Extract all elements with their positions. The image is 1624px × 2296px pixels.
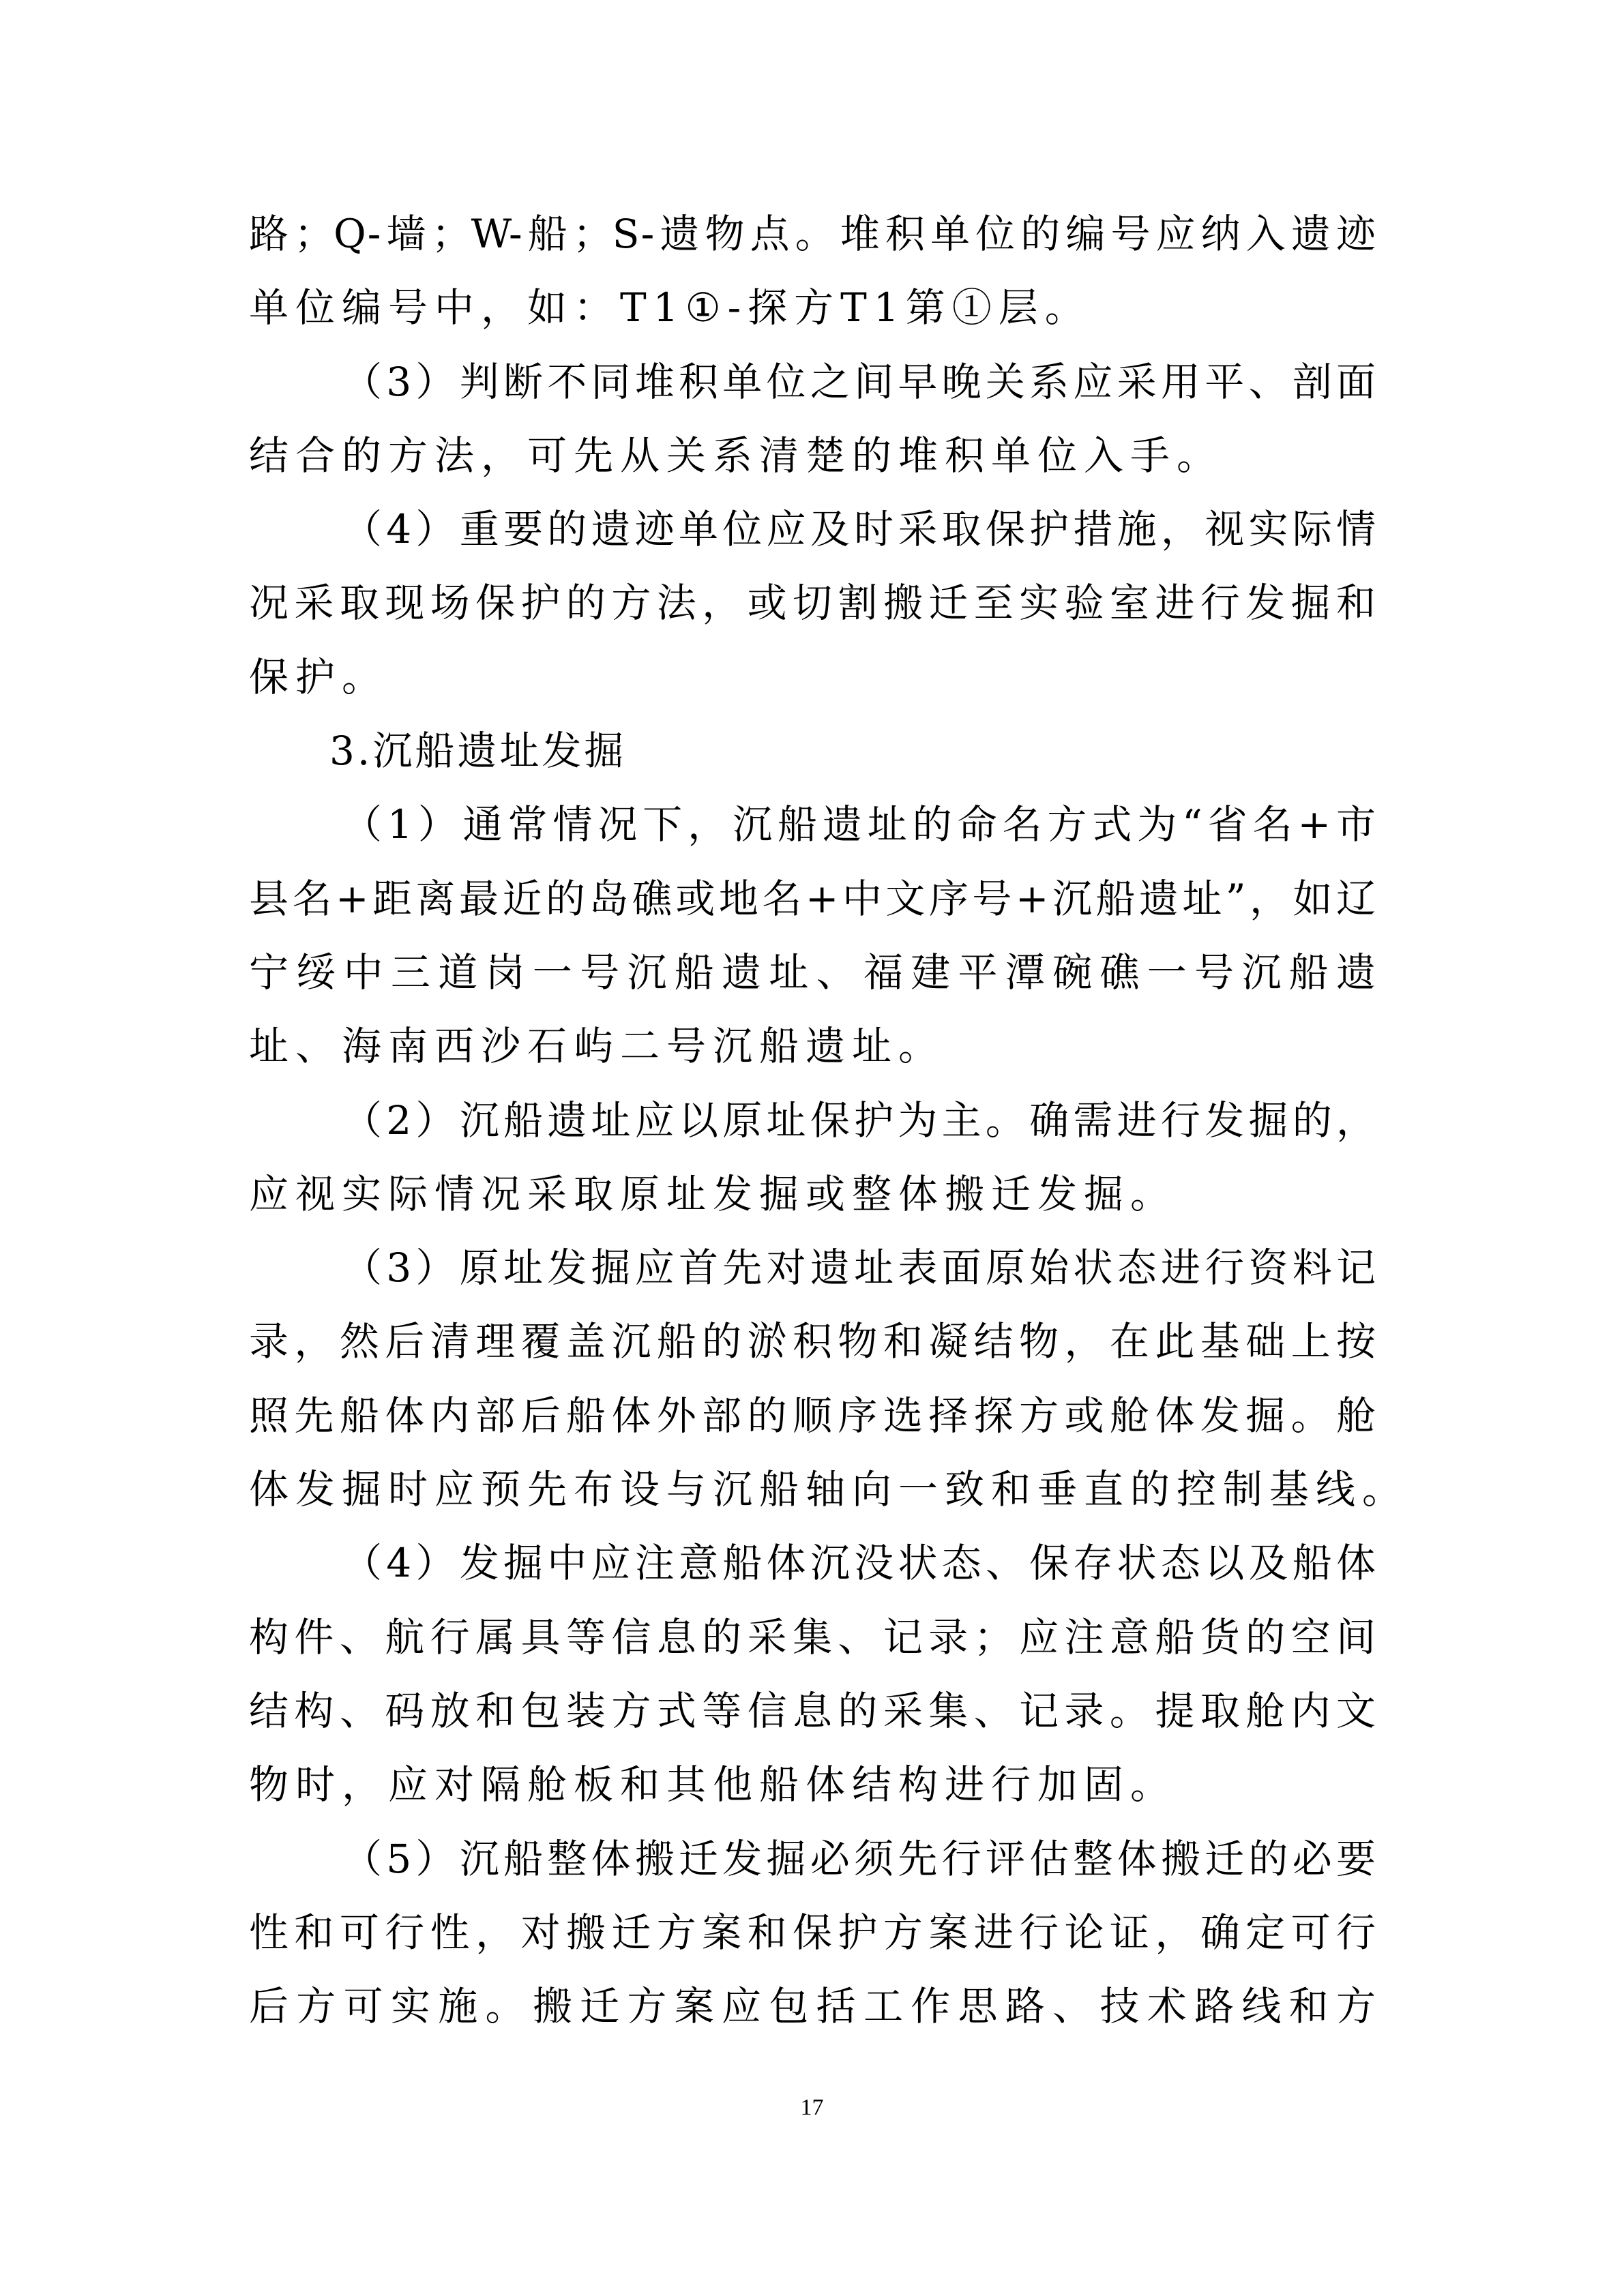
body-text: 路；Q-墙；W-船；S-遗物点。堆积单位的编号应纳入遗迹 单位编号中，如：T1①… (249, 197, 1376, 2043)
text-line: 单位编号中，如：T1①-探方T1第①层。 (249, 271, 1376, 344)
text-line: 宁绥中三道岗一号沉船遗址、福建平潭碗礁一号沉船遗 (249, 936, 1376, 1009)
paragraph-start-line: （3）原址发掘应首先对遗址表面原始状态进行资料记 (249, 1231, 1376, 1304)
text-line: 录，然后清理覆盖沉船的淤积物和凝结物，在此基础上按 (249, 1304, 1376, 1378)
document-page: 路；Q-墙；W-船；S-遗物点。堆积单位的编号应纳入遗迹 单位编号中，如：T1①… (0, 0, 1624, 2296)
paragraph-start-line: （4）重要的遗迹单位应及时采取保护措施，视实际情 (249, 492, 1376, 566)
page-number: 17 (0, 2095, 1624, 2121)
text-line: 物时，应对隔舱板和其他船体结构进行加固。 (249, 1748, 1376, 1821)
text-line: 照先船体内部后船体外部的顺序选择探方或舱体发掘。舱 (249, 1379, 1376, 1452)
text-line: 结合的方法，可先从关系清楚的堆积单位入手。 (249, 419, 1376, 492)
text-line: 体发掘时应预先布设与沉船轴向一致和垂直的控制基线。 (249, 1452, 1376, 1526)
text-line: 应视实际情况采取原址发掘或整体搬迁发掘。 (249, 1157, 1376, 1231)
text-line: 结构、码放和包装方式等信息的采集、记录。提取舱内文 (249, 1674, 1376, 1748)
text-line: 构件、航行属具等信息的采集、记录；应注意船货的空间 (249, 1600, 1376, 1674)
text-line: 址、海南西沙石屿二号沉船遗址。 (249, 1009, 1376, 1083)
text-line: 县名+距离最近的岛礁或地名+中文序号+沉船遗址”，如辽 (249, 862, 1376, 936)
text-line: 况采取现场保护的方法，或切割搬迁至实验室进行发掘和 (249, 566, 1376, 640)
text-line: 保护。 (249, 640, 1376, 714)
text-line: 路；Q-墙；W-船；S-遗物点。堆积单位的编号应纳入遗迹 (249, 197, 1376, 271)
paragraph-start-line: （4）发掘中应注意船体沉没状态、保存状态以及船体 (249, 1526, 1376, 1600)
paragraph-start-line: （1）通常情况下，沉船遗址的命名方式为“省名+市 (249, 788, 1376, 861)
text-line: 后方可实施。搬迁方案应包括工作思路、技术路线和方 (249, 1969, 1376, 2043)
text-line: 性和可行性，对搬迁方案和保护方案进行论证，确定可行 (249, 1896, 1376, 1969)
section-heading: 3.沉船遗址发掘 (249, 714, 1376, 788)
paragraph-start-line: （5）沉船整体搬迁发掘必须先行评估整体搬迁的必要 (249, 1822, 1376, 1896)
paragraph-start-line: （2）沉船遗址应以原址保护为主。确需进行发掘的， (249, 1084, 1376, 1157)
paragraph-start-line: （3）判断不同堆积单位之间早晚关系应采用平、剖面 (249, 345, 1376, 419)
